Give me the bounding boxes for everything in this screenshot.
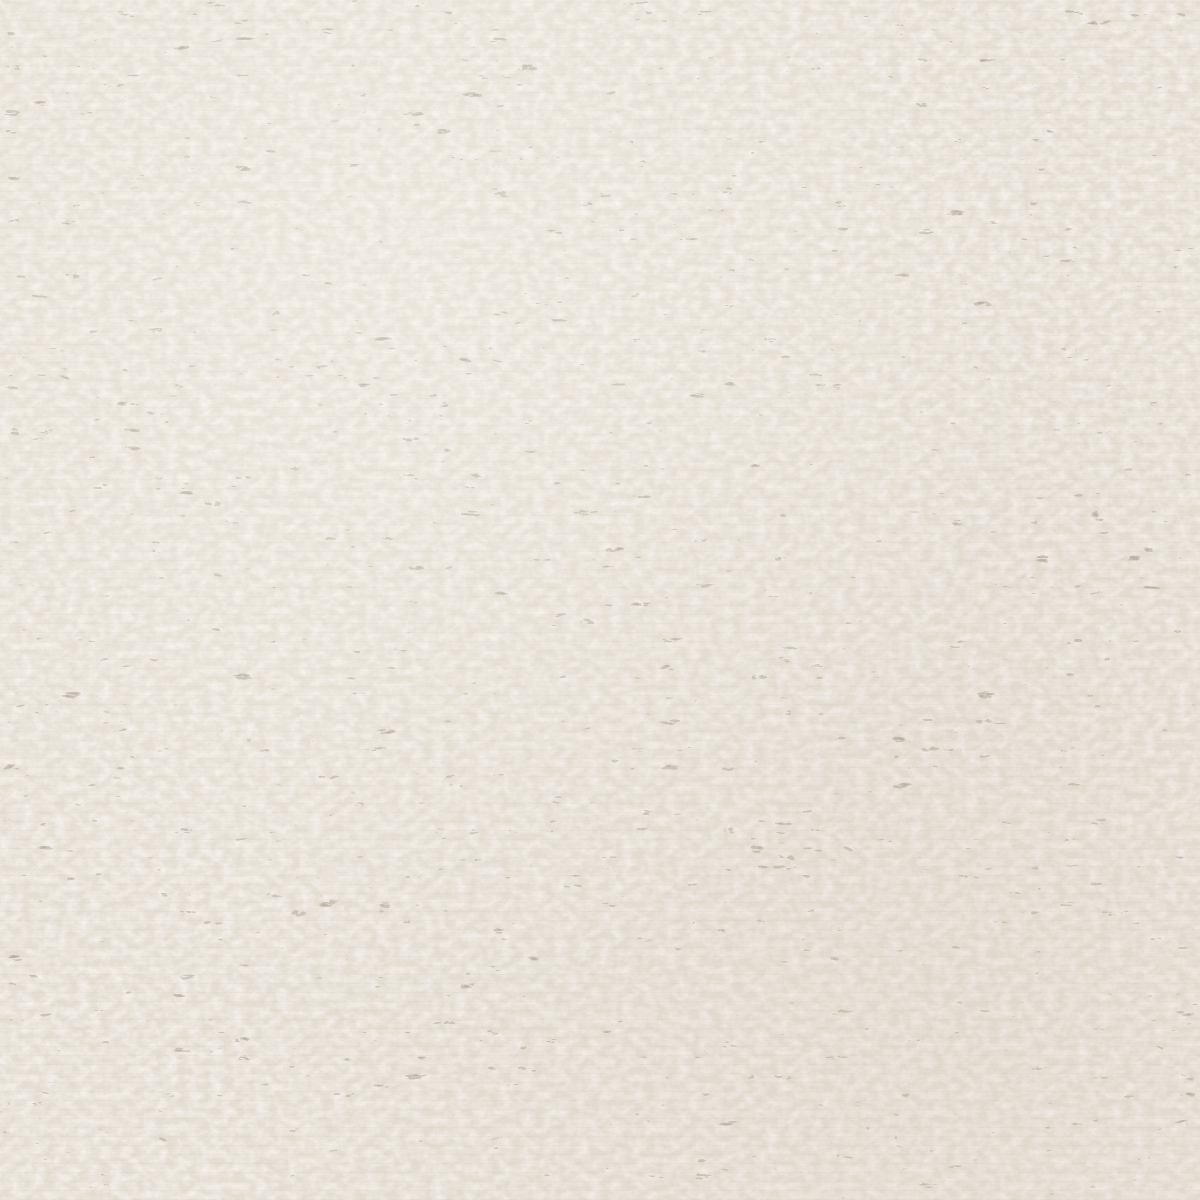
fabric-texture-swatch [0, 0, 1200, 1200]
fabric-texture-render [0, 0, 1200, 1200]
